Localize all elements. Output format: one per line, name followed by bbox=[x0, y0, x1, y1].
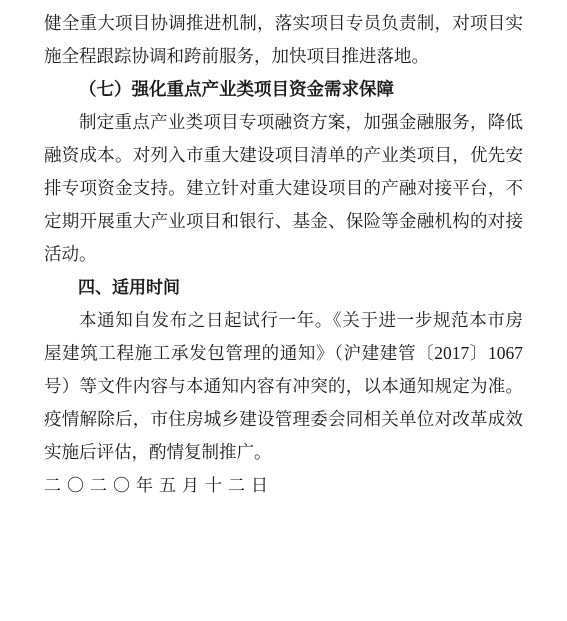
document-page: 健全重大项目协调推进机制，落实项目专员负责制，对项目实施全程跟踪协调和跨前服务，… bbox=[0, 0, 567, 621]
paragraph-project-coordination: 健全重大项目协调推进机制，落实项目专员负责制，对项目实施全程跟踪协调和跨前服务，… bbox=[44, 7, 523, 73]
heading-section-seven: （七）强化重点产业类项目资金需求保障 bbox=[44, 73, 523, 106]
heading-section-four: 四、适用时间 bbox=[44, 271, 523, 304]
document-date: 二〇二〇年五月十二日 bbox=[44, 469, 523, 502]
paragraph-section-four-body: 本通知自发布之日起试行一年。《关于进一步规范本市房屋建筑工程施工承发包管理的通知… bbox=[44, 304, 523, 469]
paragraph-section-seven-body: 制定重点产业类项目专项融资方案，加强金融服务，降低融资成本。对列入市重大建设项目… bbox=[44, 106, 523, 271]
